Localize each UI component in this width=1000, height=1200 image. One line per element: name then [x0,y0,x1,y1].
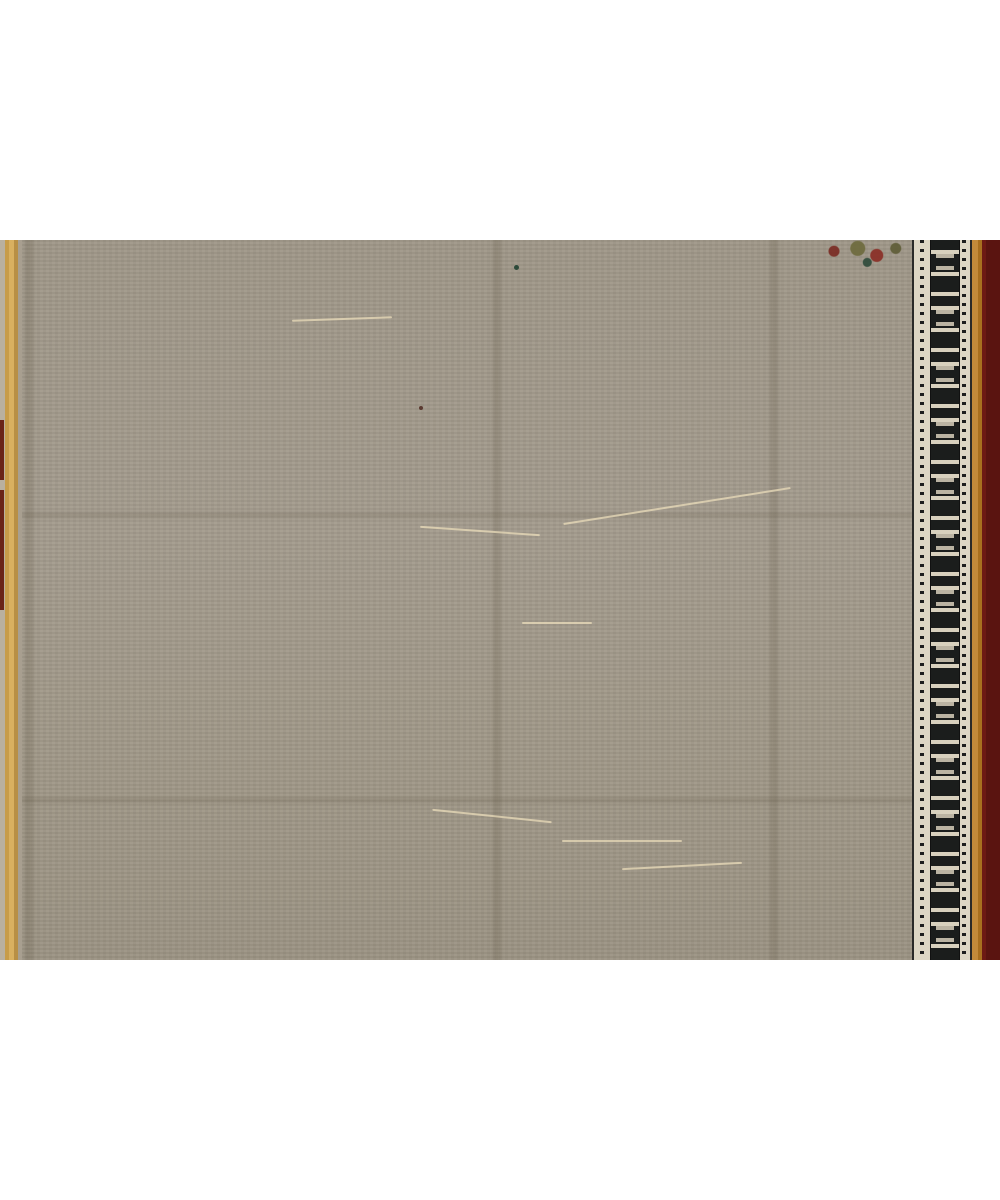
spot [419,406,423,410]
maroon-selvedge [972,240,1000,960]
block-print-border [912,240,972,960]
fold-line [22,240,36,960]
paisley-motif-band [930,240,960,960]
dot-row [962,240,966,960]
saree-body [22,240,920,960]
red-fleck [0,490,4,610]
spot [514,265,519,270]
zari-left-edge [0,240,22,960]
red-fleck [0,420,4,480]
fold-line [767,240,781,960]
crease [562,840,682,842]
fold-line [22,510,920,520]
crease [292,316,392,321]
dot-row [920,240,924,960]
crease [522,622,592,624]
crease [622,862,742,870]
floral-print-corner [815,240,910,268]
fabric-photo [0,240,1000,960]
crease [420,526,540,536]
fold-line [490,240,504,960]
fold-line [22,795,920,805]
